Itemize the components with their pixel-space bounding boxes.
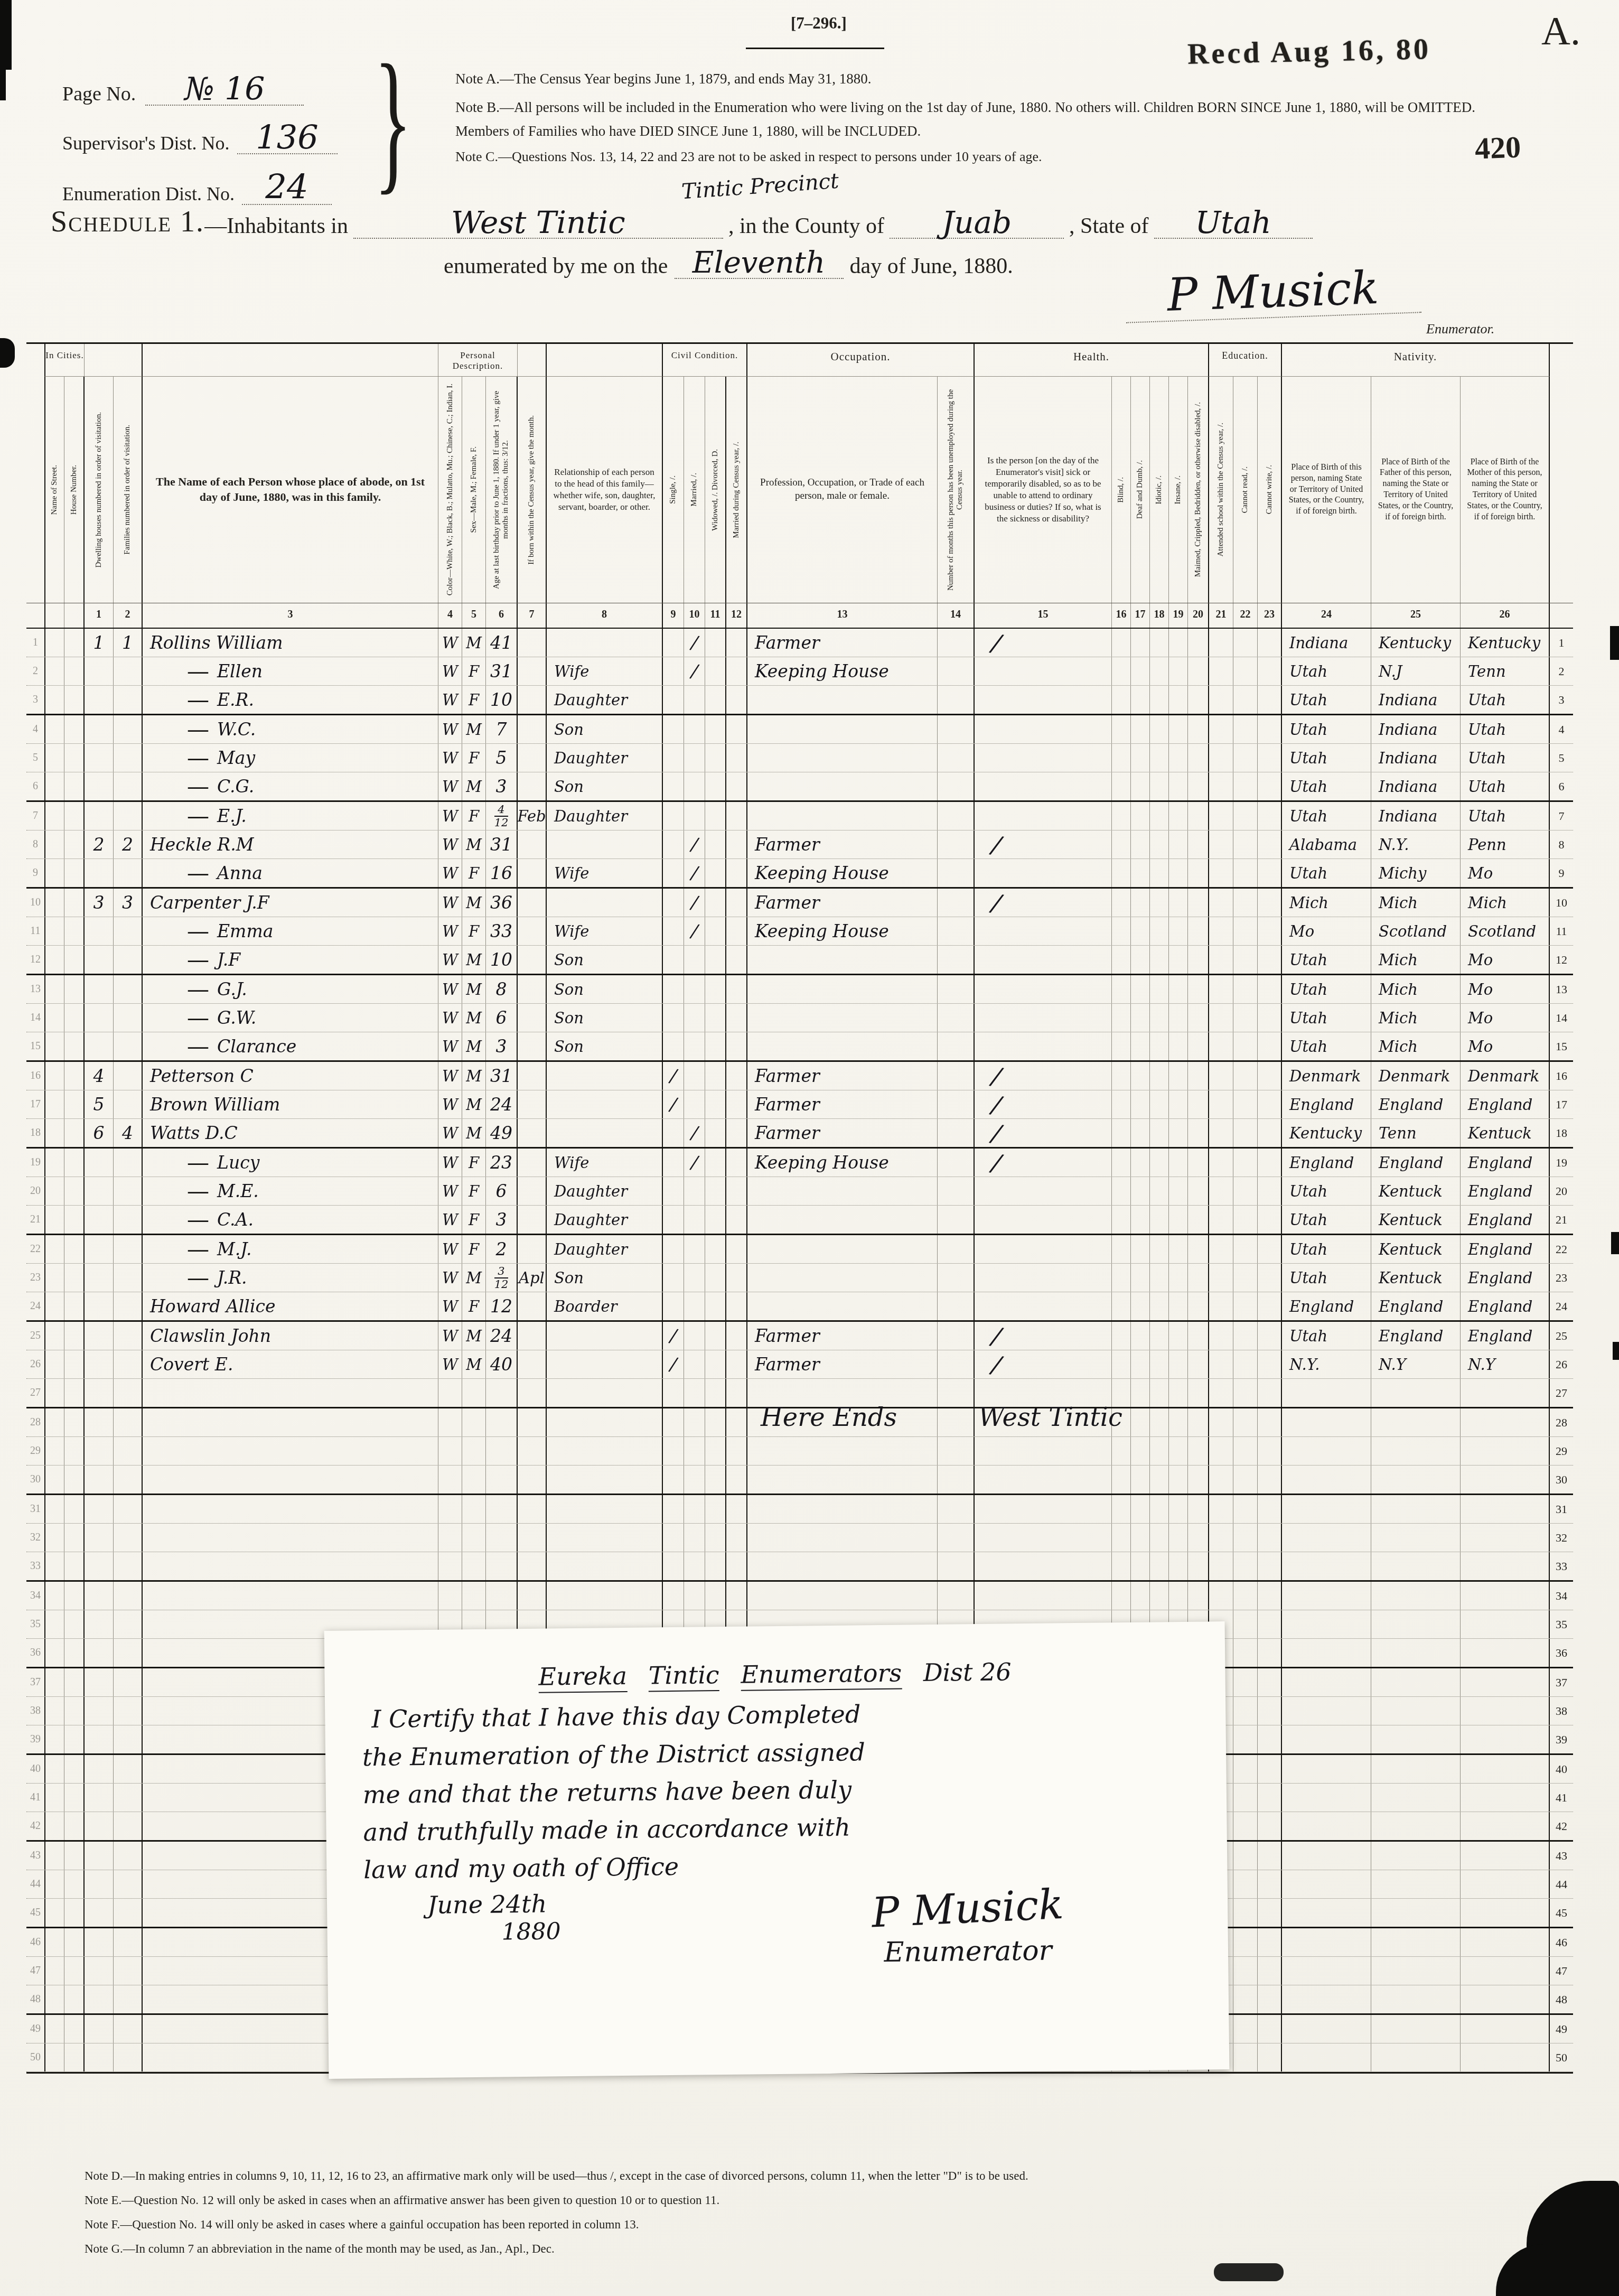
cell-dw: [85, 744, 114, 772]
cell: [64, 917, 85, 945]
cell: [1169, 1235, 1188, 1263]
cell-c: W: [438, 1119, 462, 1147]
cell: [705, 772, 726, 800]
cell-civil-tick: /: [684, 889, 705, 917]
cell-civil-tick: [684, 1379, 705, 1407]
line-number-right: 11: [1550, 917, 1573, 945]
cell-c: [438, 1524, 462, 1552]
line-number-left: 12: [26, 946, 44, 974]
cell: [1258, 1928, 1282, 1956]
cell-civil-tick: [684, 715, 705, 743]
cert-head-3: Enumerators: [741, 1659, 902, 1691]
cell-dw: [85, 1235, 114, 1263]
cell: [1258, 1292, 1282, 1320]
cell-s: F: [462, 1292, 486, 1320]
cell-c: W: [438, 744, 462, 772]
cell: [1150, 1206, 1169, 1234]
cell-rel: [547, 889, 663, 917]
cell-c: W: [438, 1032, 462, 1060]
line-number-right: 1: [1550, 629, 1573, 657]
cell: [726, 1206, 747, 1234]
cell-occ: Farmer: [747, 1322, 938, 1350]
cell-name: —J.F: [143, 946, 438, 974]
cell: [1233, 1495, 1258, 1523]
cell: [1131, 1292, 1150, 1320]
line-number-right: 2: [1550, 657, 1573, 685]
cell: [1258, 1668, 1282, 1696]
cell: [64, 1639, 85, 1667]
cell: [938, 917, 975, 945]
cell-p3: Mo: [1461, 859, 1550, 887]
cell: [938, 975, 975, 1003]
cell-rel: Daughter: [547, 686, 663, 714]
cell-sickness: [975, 975, 1112, 1003]
cell: [726, 1032, 747, 1060]
cell-fam: [114, 1177, 143, 1205]
col-number-10: 10: [684, 603, 705, 628]
cell-c: W: [438, 657, 462, 685]
line-number-left: 11: [26, 917, 44, 945]
cell-s: [462, 1524, 486, 1552]
cell: [726, 975, 747, 1003]
cell: [1150, 715, 1169, 743]
cell-p3: Mo: [1461, 975, 1550, 1003]
cell-p2: [1371, 1552, 1461, 1580]
cell: [64, 1350, 85, 1378]
cell-rel: Daughter: [547, 744, 663, 772]
line-number-left: 48: [26, 1985, 44, 2013]
cell-sickness: [975, 1495, 1112, 1523]
cell-dw: [85, 1206, 114, 1234]
line-number-left: 42: [26, 1812, 44, 1840]
cell: [64, 1032, 85, 1060]
cell-p1: N.Y.: [1282, 1350, 1371, 1378]
cell-p3: [1461, 1870, 1550, 1898]
cell: [64, 859, 85, 887]
cell-p2: Mich: [1371, 946, 1461, 974]
line-number-right: 27: [1550, 1379, 1573, 1407]
line-number-left: 15: [26, 1032, 44, 1060]
cell: [1209, 802, 1233, 830]
cell: [64, 1668, 85, 1696]
cell-occ: [747, 1292, 938, 1320]
cell: [726, 686, 747, 714]
cell-p3: Utah: [1461, 802, 1550, 830]
cell: [1169, 917, 1188, 945]
cell: [1188, 802, 1209, 830]
col-number-6: 6: [486, 603, 518, 628]
cell-p1: [1282, 1755, 1371, 1783]
cell-name: —Emma: [143, 917, 438, 945]
cell: [1258, 1812, 1282, 1840]
cell-rel: [547, 830, 663, 858]
cell-a: [486, 1437, 518, 1465]
cell: [1150, 629, 1169, 657]
cell-name: [143, 1379, 438, 1407]
cell-p1: Utah: [1282, 802, 1371, 830]
cell-name: [143, 1408, 438, 1436]
cell-p2: Kentucky: [1371, 629, 1461, 657]
cell: [1233, 1206, 1258, 1234]
cell: [938, 802, 975, 830]
cell-p2: Mich: [1371, 975, 1461, 1003]
cell-s: [462, 1495, 486, 1523]
cell: [726, 1408, 747, 1436]
cell: [1131, 744, 1150, 772]
cell-b: [518, 1004, 547, 1032]
cell: [64, 1755, 85, 1783]
cell: [1258, 2015, 1282, 2043]
cell-name: —Clarance: [143, 1032, 438, 1060]
cell-p1: [1282, 1408, 1371, 1436]
cell-p3: Scotland: [1461, 917, 1550, 945]
cell-a: 12: [486, 1292, 518, 1320]
col-header-insane: Insane, /.: [1169, 377, 1188, 603]
cell-p2: [1371, 1725, 1461, 1753]
cell: [1233, 1725, 1258, 1753]
cell: [1131, 859, 1150, 887]
cell: [1169, 1206, 1188, 1234]
cell: [705, 1379, 726, 1407]
cell: [705, 889, 726, 917]
group-education: Education.: [1209, 344, 1282, 377]
cell-fam: [114, 1495, 143, 1523]
table-row-24: 24Howard AlliceWF12BoarderEnglandEngland…: [26, 1292, 1573, 1322]
cell: [1112, 1235, 1131, 1263]
scan-artifact-left-mark: [0, 338, 15, 368]
cell: [938, 686, 975, 714]
cell: [64, 1899, 85, 1927]
cell-c: W: [438, 715, 462, 743]
cell: [1233, 917, 1258, 945]
table-row-30: 3030: [26, 1466, 1573, 1495]
cell: [938, 1582, 975, 1610]
cell-dw: [85, 946, 114, 974]
cell: [1169, 975, 1188, 1003]
cell: [1258, 802, 1282, 830]
cell-s: M: [462, 715, 486, 743]
cell: [938, 715, 975, 743]
cell: [1233, 1985, 1258, 2013]
footnote-f: Note F.—Question No. 14 will only be ask…: [85, 2213, 1437, 2237]
cell-occ: Farmer: [747, 830, 938, 858]
cell: [1258, 1350, 1282, 1378]
cell-occ: [747, 1437, 938, 1465]
cell-a: 3: [486, 772, 518, 800]
cell-occ: Farmer: [747, 889, 938, 917]
cell-sickness: [975, 744, 1112, 772]
cert-date-day: June 24th: [364, 1887, 744, 1920]
cell-p1: Utah: [1282, 1032, 1371, 1060]
cell-p2: [1371, 1466, 1461, 1494]
cell: [1112, 1292, 1131, 1320]
cell: [1258, 1639, 1282, 1667]
cell-rel: [547, 1524, 663, 1552]
cell-civil-tick: [663, 715, 684, 743]
table-row-10: 1033Carpenter J.FWM36/Farmer/MichMichMic…: [26, 889, 1573, 917]
cell: [705, 1408, 726, 1436]
cell: [44, 1725, 64, 1753]
cell: [705, 1552, 726, 1580]
cell-fam: [114, 1639, 143, 1667]
cell-fam: [114, 1668, 143, 1696]
cell-b: [518, 657, 547, 685]
col-header-name: The Name of each Person whose place of a…: [143, 377, 438, 603]
cell-b: [518, 629, 547, 657]
cell: [1258, 1524, 1282, 1552]
table-row-12: 12—J.FWM10SonUtahMichMo12: [26, 946, 1573, 975]
cell-p3: [1461, 2015, 1550, 2043]
cell-p2: Indiana: [1371, 686, 1461, 714]
line-number-left: 41: [26, 1784, 44, 1812]
cell-p1: [1282, 1784, 1371, 1812]
ends-note-right: West Tintic: [978, 1403, 1122, 1432]
cell: [1131, 1235, 1150, 1263]
cell: [1112, 1264, 1131, 1292]
cell: [726, 1582, 747, 1610]
line-number-right: 25: [1550, 1322, 1573, 1350]
footnote-d: Note D.—In making entries in columns 9, …: [85, 2164, 1437, 2188]
cell-civil-tick: [663, 1552, 684, 1580]
cell-age: 412: [486, 802, 518, 830]
cell-dw: [85, 1437, 114, 1465]
cell-name: [143, 1495, 438, 1523]
cell-dw: [85, 772, 114, 800]
cell: [726, 715, 747, 743]
cell-fam: [114, 1090, 143, 1118]
cell: [44, 1032, 64, 1060]
cell-civil-tick: [663, 802, 684, 830]
cell-c: [438, 1495, 462, 1523]
cell: [1188, 975, 1209, 1003]
cell-sickness: /: [975, 1062, 1112, 1090]
cell: [1188, 1524, 1209, 1552]
cell: [44, 1292, 64, 1320]
cell: [705, 975, 726, 1003]
table-row-21: 21—C.A.WF3DaughterUtahKentuckEngland21: [26, 1206, 1573, 1235]
cell: [64, 1322, 85, 1350]
cell: [705, 629, 726, 657]
line-number-right: 7: [1550, 802, 1573, 830]
cell: [1188, 1582, 1209, 1610]
col-header-school: Attended school within the Census year, …: [1209, 377, 1233, 603]
cell: [1233, 1062, 1258, 1090]
cell: [1188, 830, 1209, 858]
cell-a: 33: [486, 917, 518, 945]
cell: [705, 657, 726, 685]
cell: [938, 772, 975, 800]
cell: [1131, 1466, 1150, 1494]
cell: [1258, 1379, 1282, 1407]
cell: [1112, 1206, 1131, 1234]
cell-dw: [85, 686, 114, 714]
cell-sickness: /: [975, 1090, 1112, 1118]
cell: [44, 1206, 64, 1234]
cell-rel: [547, 1119, 663, 1147]
cell: [1131, 686, 1150, 714]
col-number-3: 3: [143, 603, 438, 628]
cell: [1112, 744, 1131, 772]
cell-dw: [85, 859, 114, 887]
line-number-right: 42: [1550, 1812, 1573, 1840]
cell: [64, 1264, 85, 1292]
cell-p3: Mich: [1461, 889, 1550, 917]
line-number-left: 8: [26, 830, 44, 858]
cell-a: 5: [486, 744, 518, 772]
cell-a: [486, 1524, 518, 1552]
cell: [1258, 1149, 1282, 1177]
cell-c: [438, 1466, 462, 1494]
cell-s: F: [462, 1235, 486, 1263]
cell-civil-tick: [663, 772, 684, 800]
cell: [1112, 1466, 1131, 1494]
cell-sickness: /: [975, 889, 1112, 917]
cell-p2: Indiana: [1371, 715, 1461, 743]
col-header-born: If born within the Census year, give the…: [518, 377, 547, 603]
line-number-right: 45: [1550, 1899, 1573, 1927]
cell-p1: Utah: [1282, 975, 1371, 1003]
cell-p3: Utah: [1461, 715, 1550, 743]
cell-rel: Son: [547, 715, 663, 743]
cell: [726, 1322, 747, 1350]
table-row-14: 14—G.W.WM6SonUtahMichMo14: [26, 1004, 1573, 1032]
cell: [726, 1264, 747, 1292]
cell: [64, 802, 85, 830]
cell-p3: [1461, 1928, 1550, 1956]
cell-sickness: [975, 802, 1112, 830]
cell: [44, 859, 64, 887]
cell-a: 24: [486, 1090, 518, 1118]
cell-c: [438, 1379, 462, 1407]
table-row-8: 822Heckle R.MWM31/Farmer/AlabamaN.Y.Penn…: [26, 830, 1573, 859]
cell: [1233, 744, 1258, 772]
cell-s: M: [462, 1004, 486, 1032]
col-header-age: Age at last birthday prior to June 1, 18…: [486, 377, 518, 603]
schedule-line-2: enumerated by me on the Eleventh day of …: [444, 248, 1013, 279]
cell: [1188, 1350, 1209, 1378]
cell-name: —M.E.: [143, 1177, 438, 1205]
line-number-left: 36: [26, 1639, 44, 1667]
cell-p3: N.Y: [1461, 1350, 1550, 1378]
cell-p1: Mo: [1282, 917, 1371, 945]
supervisor-dist-value: 136: [237, 122, 338, 154]
cell: [1131, 1408, 1150, 1436]
col-number-12: 12: [726, 603, 747, 628]
cell-p1: Alabama: [1282, 830, 1371, 858]
cell-s: [462, 1552, 486, 1580]
cell: [1112, 889, 1131, 917]
place-value: West Tintic: [353, 207, 723, 239]
cell-p1: [1282, 1437, 1371, 1465]
cell-civil-tick: /: [663, 1062, 684, 1090]
cell-s: [462, 1379, 486, 1407]
cell-sickness: [975, 772, 1112, 800]
cell: [44, 1466, 64, 1494]
cell-dw: 2: [85, 830, 114, 858]
cell: [1131, 772, 1150, 800]
cell: [1112, 1322, 1131, 1350]
cell: [64, 830, 85, 858]
cell: [1233, 1466, 1258, 1494]
cell-p2: Indiana: [1371, 744, 1461, 772]
cell: [1233, 830, 1258, 858]
place-above-value: Tintic Precinct: [681, 169, 840, 204]
cell-fam: [114, 1697, 143, 1725]
cell-p3: [1461, 1668, 1550, 1696]
cell-p2: Mich: [1371, 1032, 1461, 1060]
cell-fam: [114, 1610, 143, 1638]
cell-p2: England: [1371, 1090, 1461, 1118]
line-number-right: 48: [1550, 1985, 1573, 2013]
cell-p2: Tenn: [1371, 1119, 1461, 1147]
cell: [726, 917, 747, 945]
cell-p2: N.Y: [1371, 1350, 1461, 1378]
cell-civil-tick: [684, 1264, 705, 1292]
cell: [1131, 802, 1150, 830]
cell-rel: [547, 1090, 663, 1118]
cell: [1258, 1725, 1282, 1753]
cell: [1233, 1784, 1258, 1812]
cell: [1188, 715, 1209, 743]
cell: [705, 1062, 726, 1090]
cell: [726, 1379, 747, 1407]
col-number-blank: [64, 603, 85, 628]
cell: [1188, 859, 1209, 887]
cell-p2: [1371, 1437, 1461, 1465]
cell: [1233, 2043, 1258, 2071]
cell: [44, 2015, 64, 2043]
cell-occ: Farmer: [747, 1062, 938, 1090]
cell-fam: [114, 1870, 143, 1898]
cell: [1233, 1812, 1258, 1840]
cell: [1188, 1149, 1209, 1177]
cell-dw: [85, 1928, 114, 1956]
cell: [705, 744, 726, 772]
cell: [44, 1322, 64, 1350]
enumerator-certificate: Eureka Tintic Enumerators Dist 26 I Cert…: [324, 1621, 1230, 2079]
cell-b: [518, 1524, 547, 1552]
cell: [1209, 975, 1233, 1003]
cell: [726, 772, 747, 800]
cell-dw: [85, 1004, 114, 1032]
cell: [1169, 686, 1188, 714]
cell: [1131, 657, 1150, 685]
cell-c: W: [438, 917, 462, 945]
line-number-left: 47: [26, 1957, 44, 1985]
cell-b: [518, 1292, 547, 1320]
cell-b: [518, 1408, 547, 1436]
cell-s: M: [462, 946, 486, 974]
cell: [1169, 1524, 1188, 1552]
cell-c: [438, 1437, 462, 1465]
cell: [64, 1697, 85, 1725]
cell: [64, 1119, 85, 1147]
cell-p3: [1461, 1524, 1550, 1552]
cell: [705, 1466, 726, 1494]
cell: [1112, 1350, 1131, 1378]
schedule-title-2: —Inhabitants in: [204, 213, 348, 239]
cell-a: 6: [486, 1004, 518, 1032]
line-number-right: 41: [1550, 1784, 1573, 1812]
cell: [705, 830, 726, 858]
cell: [44, 1437, 64, 1465]
cell: [705, 1177, 726, 1205]
cell-occ: [747, 1032, 938, 1060]
cell: [1209, 1149, 1233, 1177]
cell: [1188, 889, 1209, 917]
line-number-left: 45: [26, 1899, 44, 1927]
cell: [1209, 1177, 1233, 1205]
